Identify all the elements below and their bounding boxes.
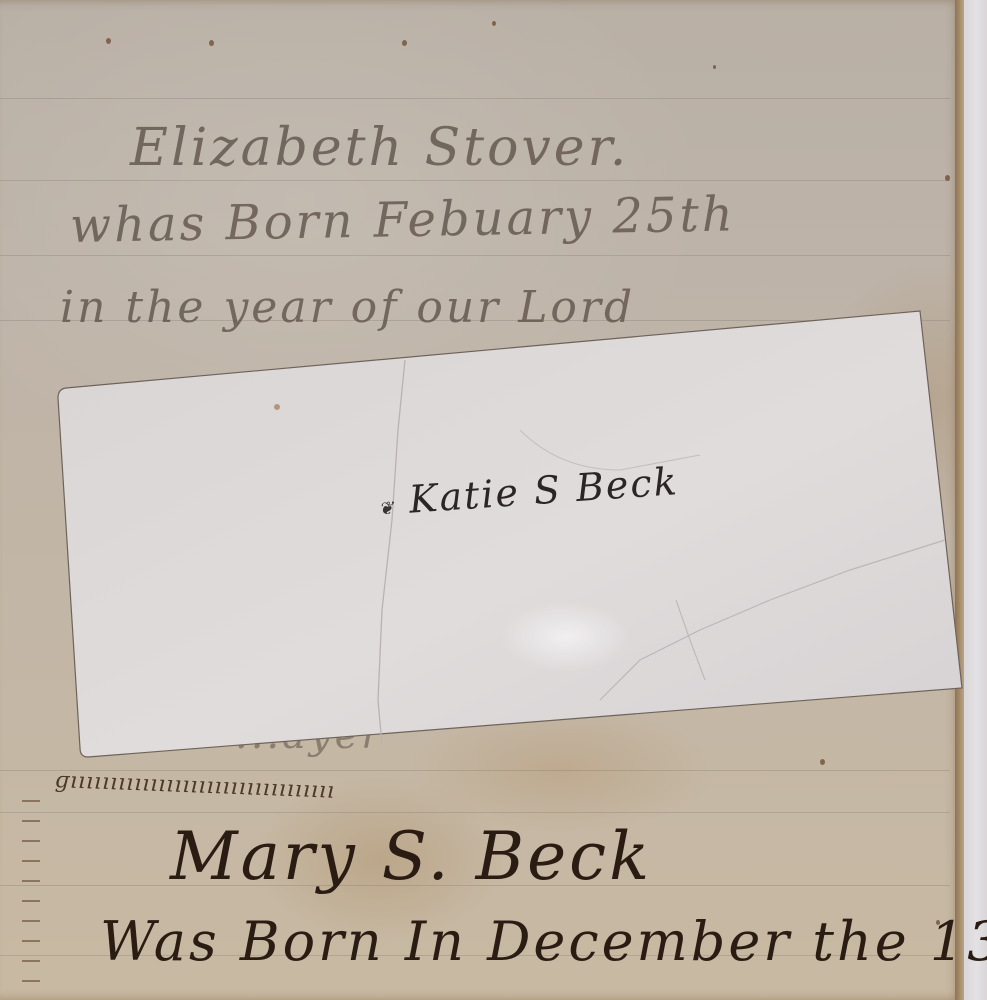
foxing-spot <box>945 175 950 181</box>
hidden-entry-fragment: ...ayer <box>235 712 383 758</box>
ruled-line <box>0 812 950 813</box>
entry-elizabeth-year: in the year of our Lord <box>60 282 635 333</box>
ledger-page: Elizabeth Stover. whas Born Febuary 25th… <box>0 0 964 1000</box>
entry-mary-birth: Was Born In December the 13 <box>100 910 987 973</box>
ruled-line <box>0 255 950 256</box>
entry-elizabeth-birth: whas Born Febuary 25th <box>70 186 737 254</box>
foxing-spot <box>209 40 214 46</box>
ruled-line <box>0 98 950 99</box>
foxing-spot <box>820 759 825 765</box>
scalloped-border <box>22 790 40 1000</box>
entry-elizabeth-name: Elizabeth Stover. <box>130 118 629 178</box>
foxing-spot <box>402 40 407 46</box>
foxing-spot <box>713 65 716 69</box>
entry-mary-name: Mary S. Beck <box>170 818 652 895</box>
divider-flourish: ɡııııııııııııııııııııııııııııııııı <box>55 768 336 804</box>
foxing-spot <box>492 21 496 26</box>
ruled-line <box>0 180 950 181</box>
table-surface <box>961 0 987 1000</box>
foxing-spot <box>106 38 111 44</box>
page-edge <box>955 0 964 1000</box>
